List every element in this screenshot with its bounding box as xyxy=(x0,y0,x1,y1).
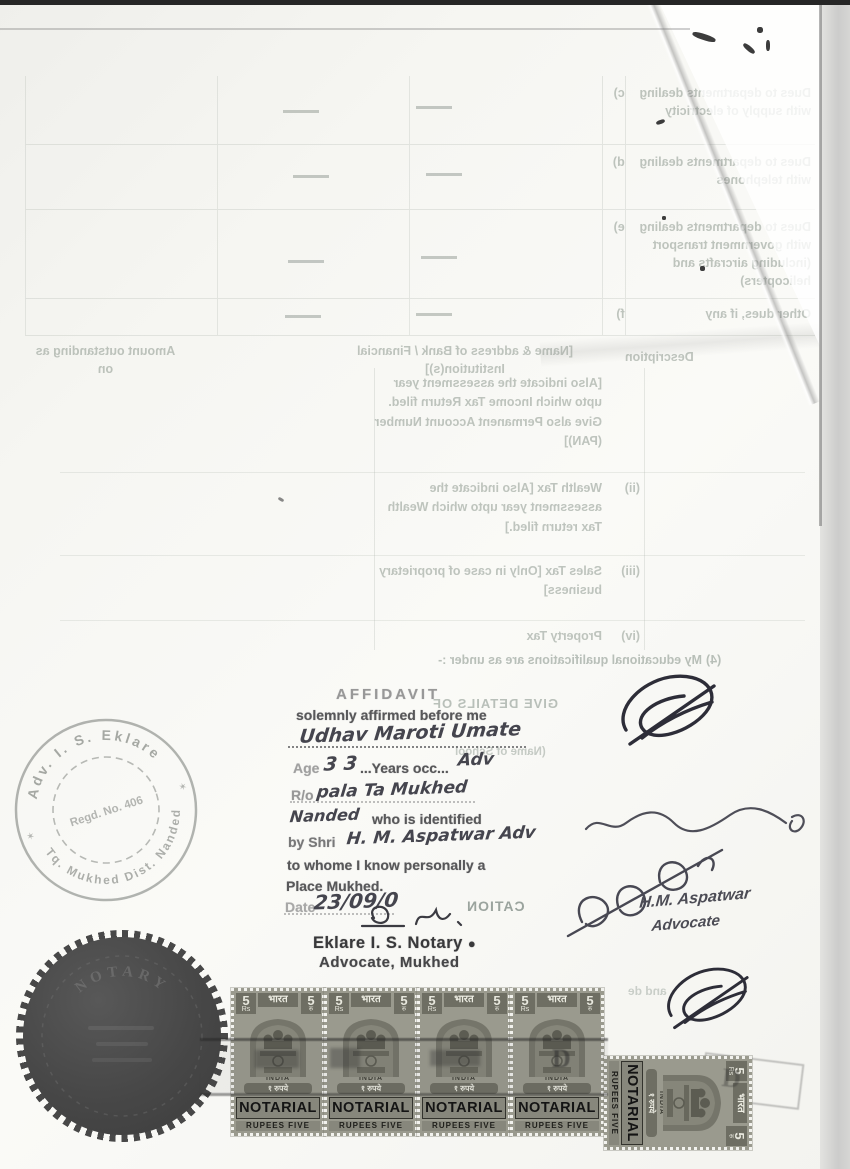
table-cell xyxy=(217,145,409,209)
round-advocate-stamp: Adv. I. S. Eklare Tq. Mukhed Dist. Nande… xyxy=(0,689,227,931)
table-cell xyxy=(410,299,602,335)
unit: रु xyxy=(580,1006,600,1013)
tax-text: Sales Tax [Only in case of proprietary b… xyxy=(374,556,602,620)
district-handwriting: Nanded xyxy=(289,805,361,826)
table-cell xyxy=(217,76,409,144)
notary-signature xyxy=(352,898,470,934)
notarial-band: NOTARIAL xyxy=(621,1061,643,1145)
dash-mark xyxy=(294,175,330,178)
bharat-banner: भारत xyxy=(444,993,484,1007)
spacer xyxy=(640,621,805,653)
occupation-handwriting: Adv xyxy=(457,749,495,770)
dash-mark xyxy=(284,110,320,113)
scanned-affidavit-page: Dues to departments dealing with supply … xyxy=(0,0,850,1169)
grid-line xyxy=(644,368,645,650)
age-handwriting: 3 3 xyxy=(323,752,359,775)
seal-ring xyxy=(42,956,202,1116)
notary-stamp-line2: Advocate, Mukhed xyxy=(319,954,460,971)
unit: रु xyxy=(727,1126,734,1146)
grid-line xyxy=(374,368,375,650)
dash-mark xyxy=(289,260,325,263)
denomination-right: 5रु xyxy=(301,993,321,1014)
notarial-band: NOTARIAL xyxy=(515,1097,599,1119)
bharat-banner: भारत xyxy=(258,993,298,1007)
unit: रु xyxy=(487,1006,507,1013)
bleed-fragment-qualification: My educational qualifications are as und… xyxy=(390,653,702,667)
stamp-header: 5Rs भारत 5रु xyxy=(327,991,415,1015)
tax-text: Property Tax xyxy=(374,621,602,653)
speck xyxy=(662,216,666,220)
rupees-five-label: RUPEES FIVE xyxy=(236,1121,320,1131)
dash-mark xyxy=(426,173,462,176)
bharat-banner: भारत xyxy=(351,993,391,1007)
unit: Rs xyxy=(329,1006,349,1013)
seal-emboss-detail: NOTARY xyxy=(16,930,228,1142)
spacer xyxy=(640,556,805,620)
known-line: to whome I know personally a xyxy=(287,857,485,873)
table-row: [Also indicate the assessment year upto … xyxy=(60,368,805,473)
tax-label: (iv) xyxy=(602,621,640,653)
ashoka-emblem-svg xyxy=(663,1065,725,1141)
table-row: (ii) Wealth Tax [Also indicate the asses… xyxy=(60,473,805,556)
stamp-star-right: ✶ xyxy=(177,781,188,794)
scan-edge-right xyxy=(820,0,850,1169)
ashoka-emblem-graphic xyxy=(663,1065,725,1141)
occupation-label: ...Years occ... xyxy=(360,760,449,776)
stamp-star-left: ✶ xyxy=(25,831,36,844)
unit: Rs xyxy=(236,1006,256,1013)
notary-stamp-line1: Eklare I. S. Notary ● xyxy=(313,934,476,953)
overprint-blob xyxy=(430,1050,480,1066)
seal-emboss-line xyxy=(96,1042,148,1046)
spacer xyxy=(640,473,805,555)
rupees-devanagari-label: १ रुपये xyxy=(646,1069,657,1137)
unit: रु xyxy=(301,1006,321,1013)
dash-mark xyxy=(286,315,322,318)
denomination-right: 5रु xyxy=(726,1126,747,1146)
stamp-header: 5Rs भारत 5रु xyxy=(234,991,322,1015)
denomination-left: 5Rs xyxy=(329,993,349,1014)
dues-row-label: e) xyxy=(602,210,626,298)
denomination-left: 5Rs xyxy=(422,993,442,1014)
overprint-letter-d: D xyxy=(552,1044,571,1074)
unit: Rs xyxy=(422,1006,442,1013)
table-cell xyxy=(25,210,217,298)
scan-edge-line xyxy=(819,0,822,526)
signature-top-right xyxy=(612,668,730,756)
signature-bottom-right xyxy=(658,962,762,1038)
stamp-center-text: Regd. No. 406 xyxy=(69,794,145,829)
unit: रु xyxy=(394,1006,414,1013)
speck xyxy=(757,27,763,33)
rupees-five-label: RUPEES FIVE xyxy=(609,1061,619,1145)
date-label: Date xyxy=(285,899,315,915)
table-cell xyxy=(217,210,409,298)
scan-edge-top xyxy=(0,0,850,5)
seal-emboss-line xyxy=(88,1026,154,1030)
embossed-notary-seal: NOTARY xyxy=(16,930,228,1142)
seal-emboss-line xyxy=(92,1058,152,1062)
rupees-five-label: RUPEES FIVE xyxy=(515,1121,599,1131)
overprint-blob xyxy=(330,1048,360,1068)
seal-arc-text: NOTARY xyxy=(72,964,171,997)
table-cell xyxy=(410,76,602,144)
dash-mark xyxy=(416,313,452,316)
denomination-left: 5Rs xyxy=(515,993,535,1014)
table-cell xyxy=(25,76,217,144)
notary-name: Eklare I. S. Notary xyxy=(313,934,463,952)
tax-text: Wealth Tax [Also indicate the assessment… xyxy=(374,473,602,555)
value: 5 xyxy=(733,1126,746,1146)
tax-label: (iii) xyxy=(602,556,640,620)
dash-mark xyxy=(416,106,452,109)
bharat-banner: भारत xyxy=(537,993,577,1007)
bleed-fragment-cation: CATION xyxy=(466,898,525,914)
table-row: (iv) Property Tax xyxy=(60,621,805,653)
tax-label xyxy=(602,368,640,472)
denomination-left: 5Rs xyxy=(236,993,256,1014)
table-row: (iii) Sales Tax [Only in case of proprie… xyxy=(60,556,805,621)
affidavit-title: AFFIDAVIT xyxy=(336,686,440,703)
bleed-tax-block: [Also indicate the assessment year upto … xyxy=(60,368,805,650)
dues-row-label: f) xyxy=(602,299,626,335)
table-row: Dues to departments dealing with governm… xyxy=(25,210,815,299)
notarial-band: NOTARIAL xyxy=(236,1097,320,1119)
tax-text: [Also indicate the assessment year upto … xyxy=(374,368,602,472)
spacer xyxy=(640,368,805,472)
table-cell xyxy=(217,299,409,335)
age-label: Age xyxy=(293,760,319,776)
denomination-right: 5रु xyxy=(580,993,600,1014)
denomination-right: 5रु xyxy=(394,993,414,1014)
notarial-band: NOTARIAL xyxy=(422,1097,506,1119)
rupees-five-label: RUPEES FIVE xyxy=(329,1121,413,1131)
notary-seal-dot: ● xyxy=(468,936,476,951)
table-cell xyxy=(25,299,217,335)
rupees-five-label: RUPEES FIVE xyxy=(422,1121,506,1131)
table-cell xyxy=(410,145,602,209)
scan-line xyxy=(0,28,690,30)
speck xyxy=(700,266,705,271)
dues-row-label: c) xyxy=(602,76,626,144)
overprint-blob xyxy=(255,1050,299,1068)
speck xyxy=(766,40,770,51)
stamp-header: 5Rs भारत 5रु xyxy=(513,991,601,1015)
residence-label: R/o xyxy=(291,787,314,803)
dash-mark xyxy=(421,256,457,259)
table-row: Dues to departments dealing with telepho… xyxy=(25,145,815,210)
bleed-fragment-number: (4) xyxy=(706,653,721,667)
dues-row-label: d) xyxy=(602,145,626,209)
unit: Rs xyxy=(515,1006,535,1013)
notarial-band: NOTARIAL xyxy=(329,1097,413,1119)
overprint-letter-d2: D xyxy=(720,1063,742,1095)
denomination-right: 5रु xyxy=(487,993,507,1014)
tax-label: (ii) xyxy=(602,473,640,555)
identifier-label: by Shri xyxy=(288,834,335,850)
table-cell xyxy=(25,145,217,209)
table-cell xyxy=(410,210,602,298)
stamp-header: 5Rs भारत 5रु xyxy=(420,991,508,1015)
